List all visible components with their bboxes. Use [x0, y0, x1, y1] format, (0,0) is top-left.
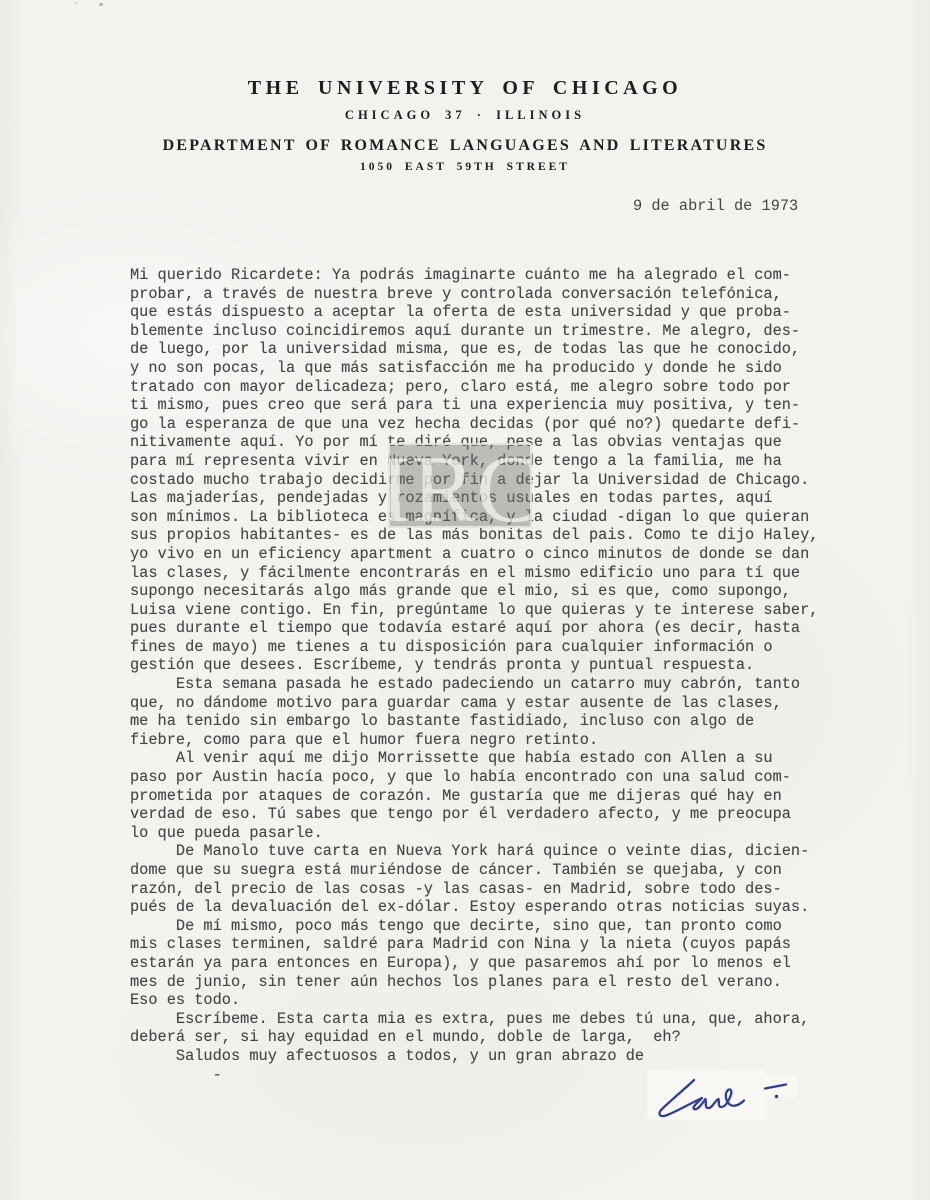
department-name: DEPARTMENT OF ROMANCE LANGUAGES AND LITE…	[0, 137, 930, 155]
letter-page: THE UNIVERSITY OF CHICAGO CHICAGO 37 · I…	[0, 0, 930, 1200]
signature-dot	[775, 1095, 778, 1098]
city-line: CHICAGO 37 · ILLINOIS	[0, 108, 930, 123]
watermark-text: IRC	[388, 449, 532, 529]
university-name: THE UNIVERSITY OF CHICAGO	[0, 77, 930, 100]
street-address: 1050 EAST 59TH STREET	[0, 161, 930, 173]
letter-body: Mi querido Ricardete: Ya podrás imaginar…	[130, 266, 818, 1084]
date-line: 9 de abril de 1973	[633, 197, 798, 215]
signature-dash	[765, 1085, 786, 1089]
letterhead: THE UNIVERSITY OF CHICAGO CHICAGO 37 · I…	[0, 0, 930, 173]
signature	[653, 1074, 793, 1120]
signature-stroke	[659, 1080, 744, 1116]
irc-watermark-overlay: IRC	[388, 443, 532, 528]
